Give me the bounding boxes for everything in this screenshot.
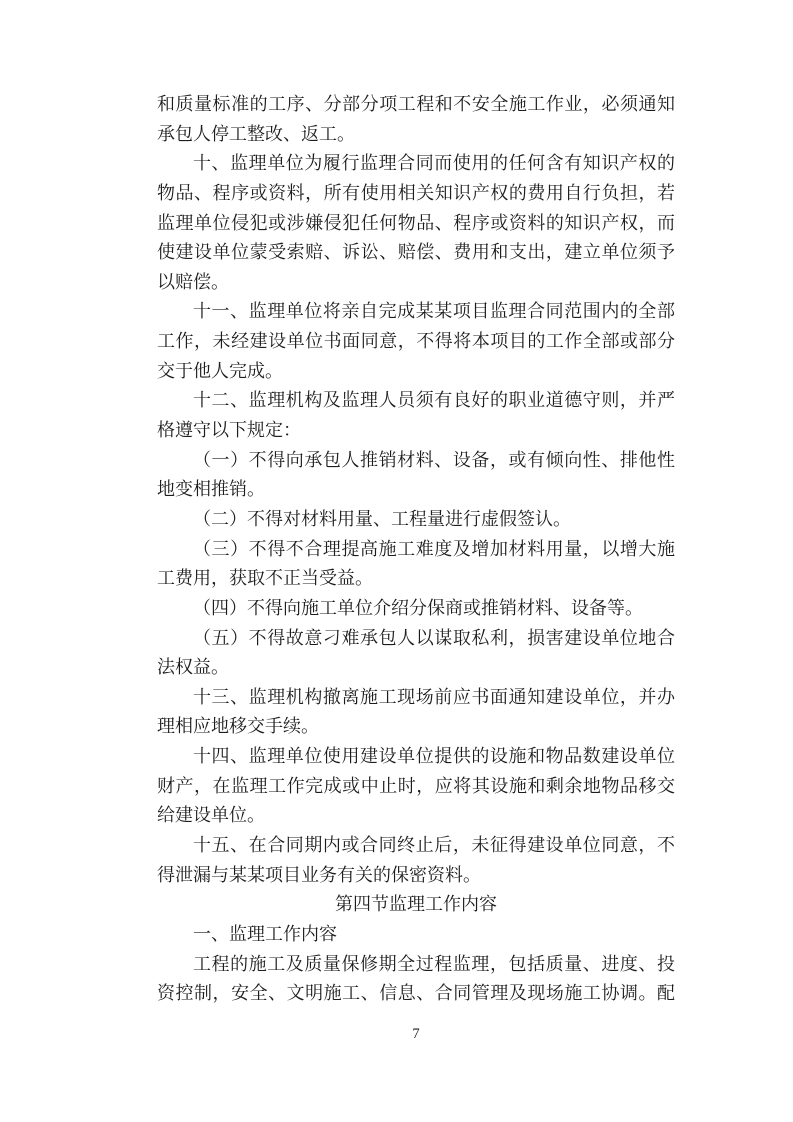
section-heading: 第四节监理工作内容 bbox=[157, 890, 675, 920]
text-line: 交于他人完成。 bbox=[157, 357, 675, 387]
text-line: 十五、在合同期内或合同终止后，未征得建设单位同意，不 bbox=[157, 831, 675, 861]
text-line: 财产，在监理工作完成或中止时，应将其设施和剩余地物品移交 bbox=[157, 772, 675, 802]
text-line: 得泄漏与某某项目业务有关的保密资料。 bbox=[157, 861, 675, 891]
text-line: 给建设单位。 bbox=[157, 801, 675, 831]
text-line: 理相应地移交手续。 bbox=[157, 712, 675, 742]
text-line: 使建设单位蒙受索赔、诉讼、赔偿、费用和支出，建立单位须予 bbox=[157, 238, 675, 268]
text-line: 承包人停工整改、返工。 bbox=[157, 120, 675, 150]
document-body: 和质量标准的工序、分部分项工程和不安全施工作业，必须通知承包人停工整改、返工。十… bbox=[157, 90, 675, 1009]
text-line: 资控制，安全、文明施工、信息、合同管理及现场施工协调。配 bbox=[157, 979, 675, 1009]
text-line: 和质量标准的工序、分部分项工程和不安全施工作业，必须通知 bbox=[157, 90, 675, 120]
text-line: 法权益。 bbox=[157, 653, 675, 683]
text-line: （五）不得故意刁难承包人以谋取私利，损害建设单位地合 bbox=[157, 624, 675, 654]
text-line: （四）不得向施工单位介绍分保商或推销材料、设备等。 bbox=[157, 594, 675, 624]
text-line: （二）不得对材料用量、工程量进行虚假签认。 bbox=[157, 505, 675, 535]
text-line: 工作，未经建设单位书面同意，不得将本项目的工作全部或部分 bbox=[157, 327, 675, 357]
document-page: 和质量标准的工序、分部分项工程和不安全施工作业，必须通知承包人停工整改、返工。十… bbox=[0, 0, 793, 1122]
text-line: 工程的施工及质量保修期全过程监理，包括质量、进度、投 bbox=[157, 950, 675, 980]
text-line: 十一、监理单位将亲自完成某某项目监理合同范围内的全部 bbox=[157, 297, 675, 327]
text-line: 十三、监理机构撤离施工现场前应书面通知建设单位，并办 bbox=[157, 683, 675, 713]
text-line: 格遵守以下规定： bbox=[157, 416, 675, 446]
text-line: （三）不得不合理提高施工难度及增加材料用量，以增大施 bbox=[157, 535, 675, 565]
text-line: 十二、监理机构及监理人员须有良好的职业道德守则，并严 bbox=[157, 386, 675, 416]
text-line: 地变相推销。 bbox=[157, 475, 675, 505]
page-number: 7 bbox=[412, 1026, 419, 1042]
page-footer: 7 bbox=[157, 1026, 675, 1043]
text-line: 物品、程序或资料，所有使用相关知识产权的费用自行负担，若 bbox=[157, 179, 675, 209]
text-line: （一）不得向承包人推销材料、设备，或有倾向性、排他性 bbox=[157, 446, 675, 476]
text-line: 监理单位侵犯或涉嫌侵犯任何物品、程序或资料的知识产权，而 bbox=[157, 209, 675, 239]
text-line: 十四、监理单位使用建设单位提供的设施和物品数建设单位 bbox=[157, 742, 675, 772]
text-line: 以赔偿。 bbox=[157, 268, 675, 298]
subsection-heading: 一、监理工作内容 bbox=[157, 920, 675, 950]
text-line: 工费用，获取不正当受益。 bbox=[157, 564, 675, 594]
text-line: 十、监理单位为履行监理合同而使用的任何含有知识产权的 bbox=[157, 149, 675, 179]
